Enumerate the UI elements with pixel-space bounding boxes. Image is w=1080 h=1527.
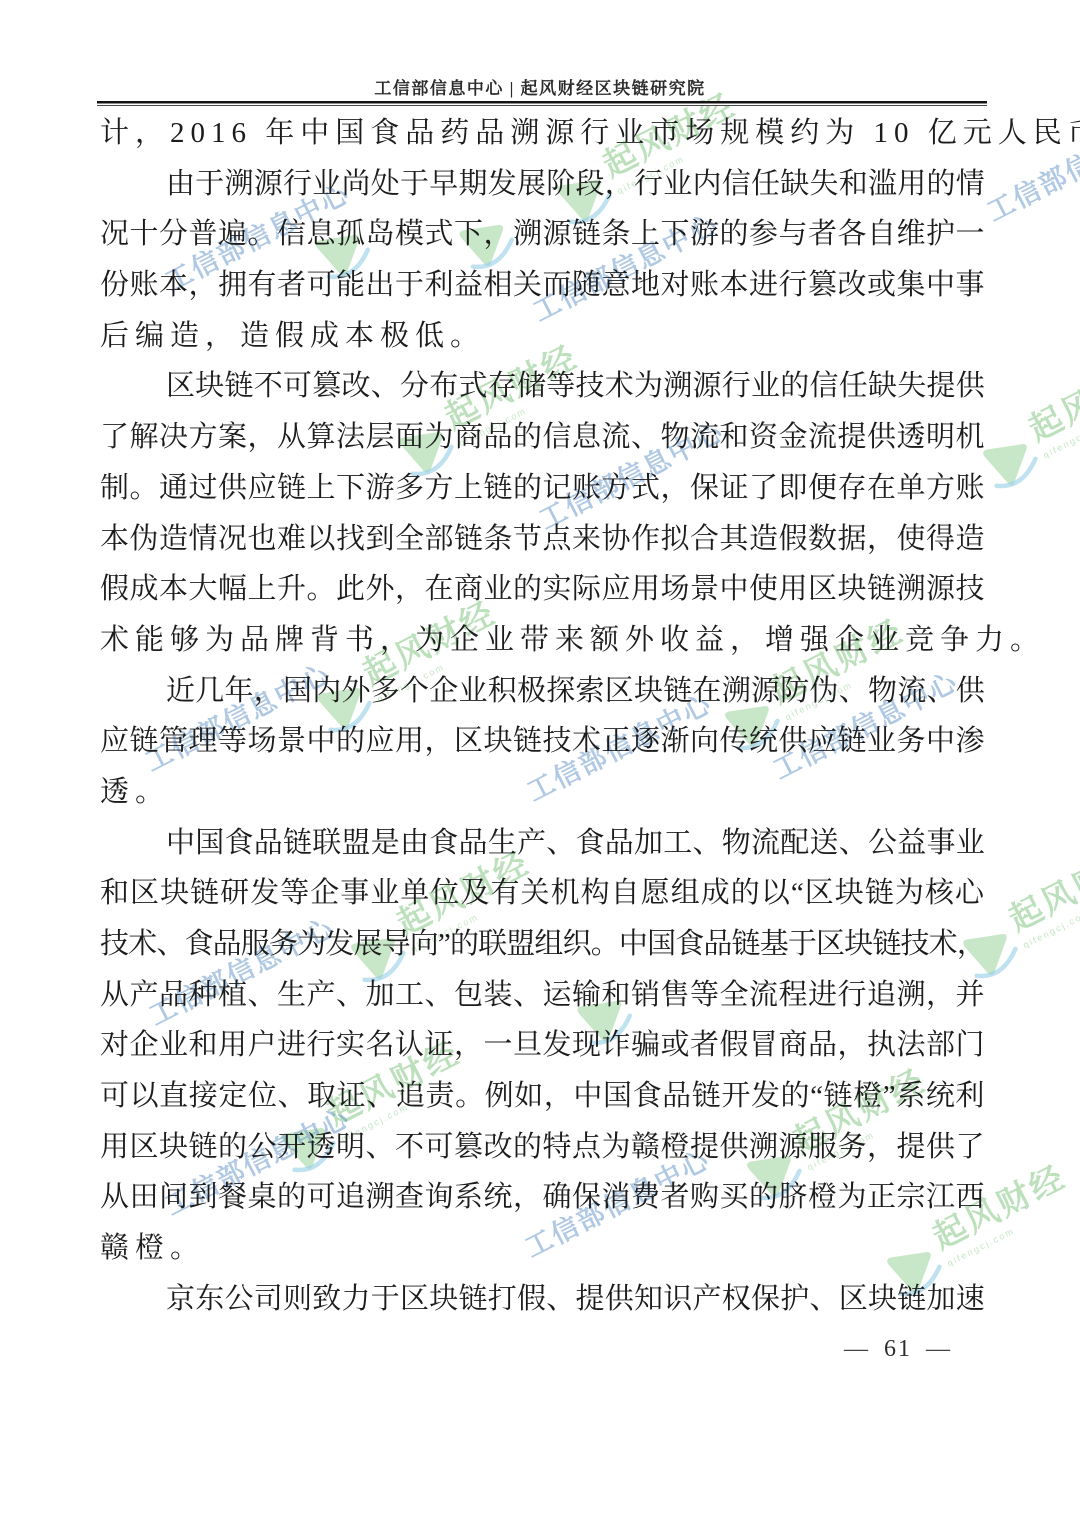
text-line: 从产品种植、生产、加工、包装、运输和销售等全流程进行追溯，并 bbox=[100, 970, 985, 1021]
header-rule bbox=[97, 101, 987, 107]
text-line: 近几年，国内外多个企业积极探索区块链在溯源防伪、物流、供 bbox=[100, 666, 985, 717]
page-number: —61— bbox=[844, 1336, 952, 1363]
body-text: 计，2016 年中国食品药品溯源行业市场规模约为 10 亿元人民币。由于溯源行业… bbox=[100, 108, 985, 1325]
text-line: 可以直接定位、取证、追责。例如，中国食品链开发的“链橙”系统利 bbox=[100, 1071, 985, 1122]
text-line: 应链管理等场景中的应用，区块链技术正逐渐向传统供应链业务中渗 bbox=[100, 716, 985, 767]
text-line: 份账本，拥有者可能出于利益相关而随意地对账本进行篡改或集中事 bbox=[100, 260, 985, 311]
watermark-qifeng-text: 起风财经 bbox=[1000, 833, 1080, 940]
watermark-qifeng-subtext: qifengcj.com bbox=[1021, 876, 1080, 950]
text-line: 区块链不可篡改、分布式存储等技术为溯源行业的信任缺失提供 bbox=[100, 361, 985, 412]
text-line: 了解决方案，从算法层面为商品的信息流、物流和资金流提供透明机 bbox=[100, 412, 985, 463]
text-line: 况十分普遍。信息孤岛模式下，溯源链条上下游的参与者各自维护一 bbox=[100, 209, 985, 260]
text-line: 制。通过供应链上下游多方上链的记账方式，保证了即便存在单方账 bbox=[100, 463, 985, 514]
document-page: 工信部信息中心 | 起风财经区块链研究院 起风财经qifengcj.com工信部… bbox=[0, 0, 1080, 1527]
text-line: 技术、食品服务为发展导向”的联盟组织。中国食品链基于区块链技术， bbox=[100, 919, 985, 970]
text-line: 用区块链的公开透明、不可篡改的特点为赣橙提供溯源服务，提供了 bbox=[100, 1122, 985, 1173]
text-line: 京东公司则致力于区块链打假、提供知识产权保护、区块链加速 bbox=[100, 1274, 985, 1325]
text-line: 透。 bbox=[100, 767, 985, 818]
page-number-dash-left: — bbox=[844, 1336, 870, 1362]
text-line: 赣橙。 bbox=[100, 1223, 985, 1274]
page-number-dash-right: — bbox=[926, 1336, 952, 1362]
header-title: 工信部信息中心 | 起风财经区块链研究院 bbox=[0, 74, 1080, 99]
text-line: 和区块链研发等企事业单位及有关机构自愿组成的以“区块链为核心 bbox=[100, 868, 985, 919]
watermark-qifeng-text: 起风财经 bbox=[1020, 343, 1080, 450]
text-line: 本伪造情况也难以找到全部链条节点来协作拟合其造假数据，使得造 bbox=[100, 514, 985, 565]
text-line: 后编造，造假成本极低。 bbox=[100, 311, 985, 362]
text-line: 中国食品链联盟是由食品生产、食品加工、物流配送、公益事业 bbox=[100, 818, 985, 869]
text-line: 从田间到餐桌的可追溯查询系统，确保消费者购买的脐橙为正宗江西 bbox=[100, 1172, 985, 1223]
text-line: 计，2016 年中国食品药品溯源行业市场规模约为 10 亿元人民币。 bbox=[100, 108, 985, 159]
watermark-qifeng-subtext: qifengcj.com bbox=[1041, 386, 1080, 460]
page-number-value: 61 bbox=[870, 1336, 926, 1362]
text-line: 对企业和用户进行实名认证，一旦发现诈骗或者假冒商品，执法部门 bbox=[100, 1020, 985, 1071]
text-line: 假成本大幅上升。此外，在商业的实际应用场景中使用区块链溯源技 bbox=[100, 564, 985, 615]
text-line: 由于溯源行业尚处于早期发展阶段，行业内信任缺失和滥用的情 bbox=[100, 159, 985, 210]
text-line: 术能够为品牌背书，为企业带来额外收益，增强企业竞争力。 bbox=[100, 615, 985, 666]
